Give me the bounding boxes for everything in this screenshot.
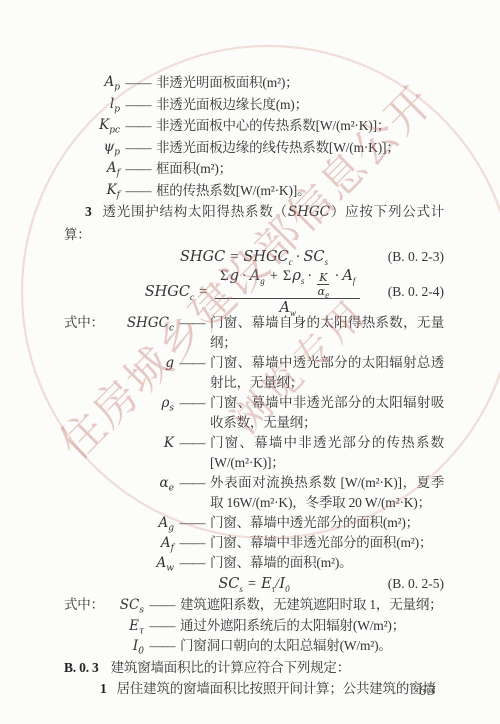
plus-sign: + (270, 268, 278, 284)
definition-row: Eτ —— 通过外遮阳系统后的太阳辐射(W/m²)； (64, 616, 444, 637)
symbol: Kf (64, 180, 120, 202)
paragraph-text: 透光围护结构太阳得热系数（ (102, 204, 288, 219)
document-page: Ap —— 非透光明面板面积(m²)； lp —— 非透光面板边缘长度(m)； … (64, 72, 444, 699)
definition-text: 框的传热系数[W/(m²·K)]。 (156, 180, 444, 202)
symbol: Ag (110, 513, 174, 533)
definition-text: 建筑遮阳系数，无建筑遮阳时取 1，无量纲； (180, 595, 444, 616)
multiplication-dot: · (242, 268, 247, 284)
item-number: 3 (85, 204, 92, 219)
symbol: Kpc (64, 115, 120, 137)
formula-shgc: SHGC = SHGCc · SCs (B. 0. 2-3) (64, 245, 444, 269)
definition-text: 门窗、幕墙自身的太阳得热系数，无量纲； (210, 313, 444, 353)
equation-number: (B. 0. 2-5) (388, 576, 444, 592)
fraction-numerator: Σg·Ag+Σρs·Kαe·Af (215, 268, 360, 299)
definition-row: Aw —— 门窗、幕墙的面积(m²)。 (64, 553, 444, 573)
numbered-paragraph-3: 3透光围护结构太阳得热系数（SHGC）应按下列公式计算： (64, 201, 444, 245)
page-number: 63 (419, 683, 436, 700)
formula-body: SHGC = SHGCc · SCs (180, 249, 328, 266)
definition-row: I0 —— 门窗洞口朝向的太阳总辐射(W/m²)。 (64, 636, 444, 657)
definition-row: Af —— 门窗、幕墙中非透光部分的面积(m²)； (64, 533, 444, 553)
definition-dash: —— (174, 533, 210, 553)
symbol: Af (110, 533, 174, 553)
fraction: Σg·Ag+Σρs·Kαe·Af Aw (215, 268, 360, 317)
definition-dash: —— (144, 616, 180, 637)
definition-row: 式中： SCs —— 建筑遮阳系数，无建筑遮阳时取 1，无量纲； (64, 595, 444, 616)
definition-text: 门窗、幕墙的面积(m²)。 (210, 553, 444, 573)
definition-text: 外表面对流换热系数 [W/(m²·K)]，夏季取 16W/(m²·K)，冬季取 … (210, 473, 444, 513)
symbol: ρs (110, 393, 174, 413)
subitem-text: 居住建筑的窗墙面积比按照开间计算；公共建筑的窗墙 (117, 681, 436, 696)
definition-dash: —— (120, 115, 156, 137)
multiplication-dot: · (334, 268, 339, 284)
symbol: ψp (64, 137, 120, 159)
inner-fraction: Kαe (317, 271, 329, 298)
definition-row: ψp —— 非透光面板边缘的线传热系数[W/(m·K)]； (64, 137, 444, 159)
definition-dash: —— (120, 72, 156, 94)
formula-shgc-c: SHGCc = Σg·Ag+Σρs·Kαe·Af Aw (B. 0. 2-4) (64, 271, 444, 313)
definition-row: K —— 门窗、幕墙中非透光部分的传热系数[W/(m²·K)]； (64, 433, 444, 473)
variable-shgc: SHGC (288, 204, 330, 220)
definition-dash: —— (144, 636, 180, 657)
definition-dash: —— (174, 553, 210, 573)
definition-text: 门窗、幕墙中非透光部分的面积(m²)； (210, 533, 444, 553)
definition-dash: —— (174, 433, 210, 453)
symbol: Af (64, 158, 120, 180)
definition-text: 非透光面板边缘的线传热系数[W/(m·K)]； (156, 137, 444, 159)
definition-dash: —— (120, 158, 156, 180)
definition-text: 框面积(m²)； (156, 158, 444, 180)
multiplication-dot: · (296, 249, 301, 266)
definition-row: αe —— 外表面对流换热系数 [W/(m²·K)]，夏季取 16W/(m²·K… (64, 473, 444, 513)
definition-dash: —— (174, 353, 210, 373)
definition-row: Ap —— 非透光明面板面积(m²)； (64, 72, 444, 94)
formula-body: SCs = Eτ / I0 (218, 576, 289, 593)
sum-sign: Σ (283, 268, 291, 284)
definition-text: 门窗、幕墙中透光部分的面积(m²)； (210, 513, 444, 533)
definition-text: 非透光面板中心的传热系数[W/(m²·K)]； (156, 115, 444, 137)
subitem-1: 1居住建筑的窗墙面积比按照开间计算；公共建筑的窗墙 (64, 678, 444, 699)
definition-text: 通过外遮阳系统后的太阳辐射(W/m²)； (180, 616, 444, 637)
definition-text: 非透光明面板面积(m²)； (156, 72, 444, 94)
definition-dash: —— (174, 513, 210, 533)
definition-text: 门窗洞口朝向的太阳总辐射(W/m²)。 (180, 636, 444, 657)
formula-sc: SCs = Eτ / I0 (B. 0. 2-5) (64, 573, 444, 595)
symbol: lp (64, 94, 120, 116)
symbol: I0 (110, 636, 144, 657)
definition-dash: —— (174, 473, 210, 493)
definition-row: Af —— 框面积(m²)； (64, 158, 444, 180)
definition-row: ρs —— 门窗、幕墙中非透光部分的太阳辐射吸收系数，无量纲； (64, 393, 444, 433)
equals-sign: = (199, 284, 207, 301)
definition-dash: —— (120, 137, 156, 159)
definitions-list-sc: 式中： SCs —— 建筑遮阳系数，无建筑遮阳时取 1，无量纲； Eτ —— 通… (64, 595, 444, 657)
symbol: αe (110, 473, 174, 493)
where-label: 式中： (64, 313, 110, 333)
sum-sign: Σ (220, 268, 228, 284)
definition-dash: —— (120, 180, 156, 202)
symbol: Ap (64, 72, 120, 94)
definitions-list-shgc: 式中： SHGCc —— 门窗、幕墙自身的太阳得热系数，无量纲； g —— 门窗… (64, 313, 444, 573)
definition-row: g —— 门窗、幕墙中透光部分的太阳辐射总透射比，无量纲； (64, 353, 444, 393)
definition-row: lp —— 非透光面板边缘长度(m)； (64, 94, 444, 116)
item-number: 1 (100, 681, 107, 696)
definition-dash: —— (120, 94, 156, 116)
clause-text: 建筑窗墙面积比的计算应符合下列规定： (111, 660, 350, 675)
definition-dash: —— (144, 595, 180, 616)
definition-text: 门窗、幕墙中非透光部分的传热系数[W/(m²·K)]； (210, 433, 444, 473)
where-label: 式中： (64, 595, 110, 616)
multiplication-dot: · (307, 268, 312, 284)
symbol: Eτ (110, 616, 144, 637)
symbol: Aw (110, 553, 174, 573)
equation-number: (B. 0. 2-4) (388, 284, 444, 300)
symbol: K (110, 433, 174, 453)
definition-row: Ag —— 门窗、幕墙中透光部分的面积(m²)； (64, 513, 444, 533)
definition-row: 式中： SHGCc —— 门窗、幕墙自身的太阳得热系数，无量纲； (64, 313, 444, 353)
definition-text: 非透光面板边缘长度(m)； (156, 94, 444, 116)
definitions-list-panel-symbols: Ap —— 非透光明面板面积(m²)； lp —— 非透光面板边缘长度(m)； … (64, 72, 444, 201)
equation-number: (B. 0. 2-3) (388, 249, 444, 265)
equals-sign: = (230, 249, 238, 266)
symbol: SCs (110, 595, 144, 616)
definition-text: 门窗、幕墙中透光部分的太阳辐射总透射比，无量纲； (210, 353, 444, 393)
equals-sign: = (248, 576, 256, 593)
formula-body: SHGCc = Σg·Ag+Σρs·Kαe·Af Aw (145, 268, 364, 317)
clause-number: B. 0. 3 (64, 660, 99, 675)
definition-text: 门窗、幕墙中非透光部分的太阳辐射吸收系数，无量纲； (210, 393, 444, 433)
definition-row: Kf —— 框的传热系数[W/(m²·K)]。 (64, 180, 444, 202)
symbol: g (110, 353, 174, 373)
definition-dash: —— (174, 393, 210, 413)
clause-b03: B. 0. 3建筑窗墙面积比的计算应符合下列规定： (64, 657, 444, 678)
fraction-denominator: Aw (215, 299, 360, 317)
definition-row: Kpc —— 非透光面板中心的传热系数[W/(m²·K)]； (64, 115, 444, 137)
